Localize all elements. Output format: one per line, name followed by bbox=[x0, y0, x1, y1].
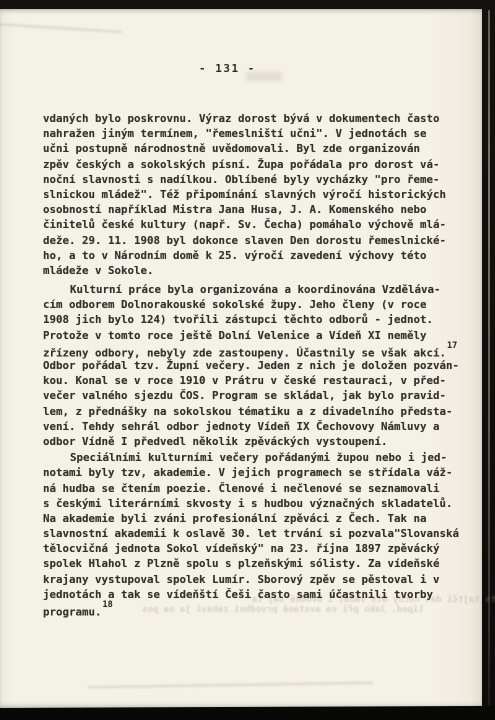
text-line: cím odborem Dolnorakouské sokolské župy.… bbox=[43, 297, 469, 312]
text-line: notami byly tzv, akademie. V jejich prog… bbox=[43, 465, 469, 480]
text-line: slavnostní akademii k oslavě 30. let trv… bbox=[43, 526, 469, 541]
footnote-ref-18: 18 bbox=[103, 600, 113, 610]
text-line: Speciálními kulturními večery pořádanými… bbox=[43, 450, 469, 465]
text-line: Protože v tomto roce ještě Dolní Velenic… bbox=[43, 328, 469, 343]
text-line: nahražen jiným termínem, "řemeslniští uč… bbox=[43, 126, 469, 141]
paragraph-3: Speciálními kulturními večery pořádanými… bbox=[43, 450, 469, 617]
page-number: - 131 - bbox=[199, 62, 256, 75]
footnote-ref-17: 17 bbox=[447, 341, 457, 351]
text-line: Na akademie byli zváni profesionální zpě… bbox=[43, 511, 469, 526]
text-line-body: programu. bbox=[43, 606, 102, 619]
text-line: ho, a to v Národním domě k 25. výročí za… bbox=[43, 248, 469, 263]
paragraph-2: Kulturní práce byla organizována a koord… bbox=[43, 282, 469, 449]
text-line: vdaných bylo poskrovnu. Výraz dorost býv… bbox=[43, 111, 469, 126]
text-line: osobností například Mistra Jana Husa, J.… bbox=[43, 202, 469, 217]
text-line: slnickou mládež". Též připomínání slavný… bbox=[43, 187, 469, 202]
text-line: 1908 jich bylo 124) tvořili zástupci těc… bbox=[43, 312, 469, 327]
body-text: vdaných bylo poskrovnu. Výraz dorost býv… bbox=[43, 111, 469, 617]
text-line: odbor Vídně I předvedl několik zpěváckýc… bbox=[43, 434, 469, 449]
text-line: spolek Hlahol z Plzně spolu s plzeňskými… bbox=[43, 556, 469, 571]
text-line: ná hudba se čtením poezie. Členové i neč… bbox=[43, 481, 469, 496]
text-line: tělocvičná jednota Sokol vídeňský" na 23… bbox=[43, 541, 469, 556]
text-line: mládeže v Sokole. bbox=[43, 263, 469, 278]
text-line: programu.18 bbox=[43, 602, 469, 617]
scanner-bottom-bar bbox=[0, 706, 495, 720]
paragraph-1: vdaných bylo poskrovnu. Výraz dorost býv… bbox=[43, 111, 469, 278]
text-line: Odbor pořádal tzv. Župní večery. Jeden z… bbox=[43, 358, 469, 373]
text-line: krajany vystupoval spolek Lumír. Sborový… bbox=[43, 572, 469, 587]
text-line: Kulturní práce byla organizována a koord… bbox=[43, 282, 469, 297]
text-line: lem, z přednášky na sokolskou tématiku a… bbox=[43, 404, 469, 419]
text-line: večer valného sjezdu ČOS. Program se skl… bbox=[43, 388, 469, 403]
text-line: zřízeny odbory, nebyly zde zastoupeny. Ú… bbox=[43, 343, 469, 358]
text-line: činitelů české kultury (např. Sv. Čecha)… bbox=[43, 217, 469, 232]
text-line: učni postupně národnostně uvědomovali. B… bbox=[43, 141, 469, 156]
text-line: zpěv českých a sokolských písní. Župa po… bbox=[43, 157, 469, 172]
text-line: noční slavnosti s nadílkou. Oblíbené byl… bbox=[43, 172, 469, 187]
text-line: s českými literárními skvosty i s hudbou… bbox=[43, 496, 469, 511]
text-line: kou. Konal se v roce 1910 v Prátru v čes… bbox=[43, 373, 469, 388]
text-line: deže. 29. 11. 1908 byl dokonce slaven De… bbox=[43, 233, 469, 248]
text-line: vení. Tehdy sehrál odbor jednoty Vídeň I… bbox=[43, 419, 469, 434]
